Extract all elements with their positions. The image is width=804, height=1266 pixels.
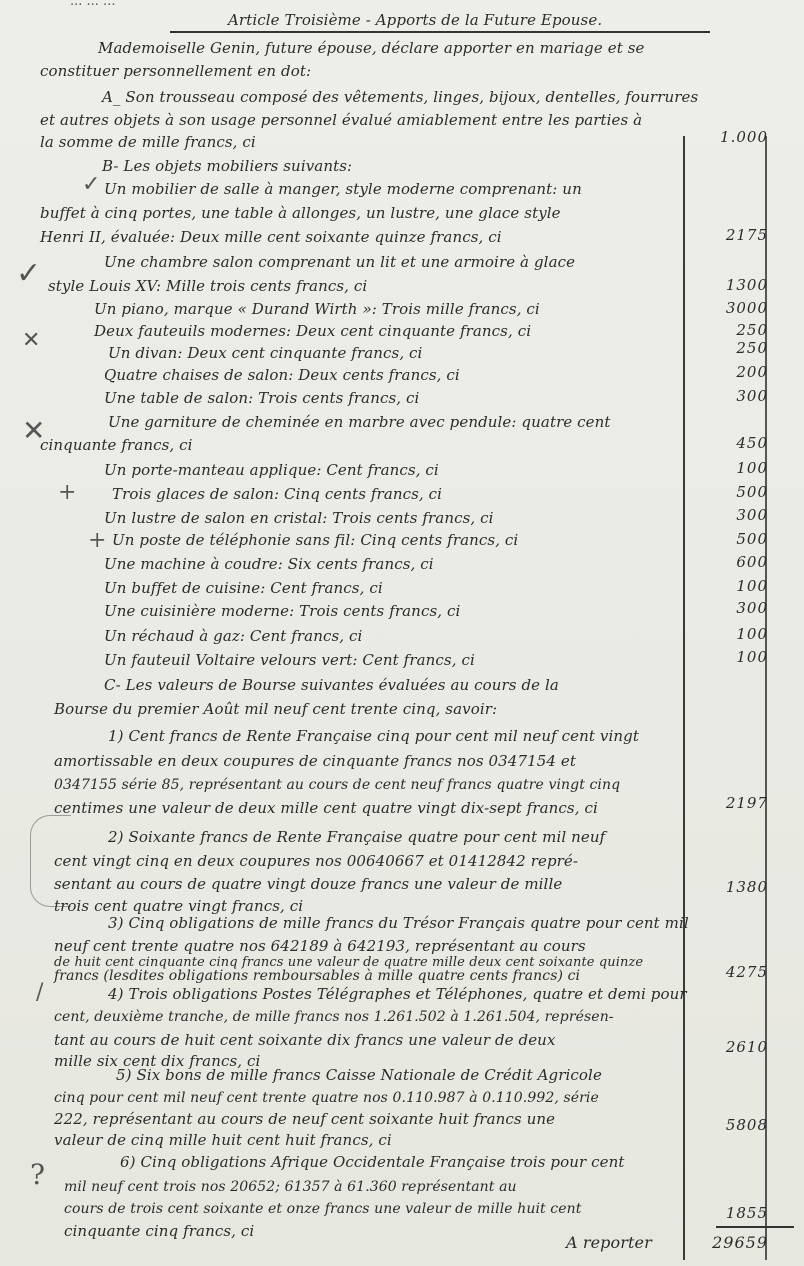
security-line: 5) Six bons de mille francs Caisse Natio… xyxy=(116,1066,602,1084)
item-amount: 100 xyxy=(698,459,768,477)
item-amount: 300 xyxy=(698,387,768,405)
security-line: sentant au cours de quatre vingt douze f… xyxy=(54,875,562,893)
security-line: mil neuf cent trois nos 20652; 61357 à 6… xyxy=(64,1178,517,1196)
security-line: 6) Cinq obligations Afrique Occidentale … xyxy=(120,1153,625,1171)
security-line: 3) Cinq obligations de mille francs du T… xyxy=(108,914,689,932)
item-line: Un fauteuil Voltaire velours vert: Cent … xyxy=(104,651,475,669)
item-line: Deux fauteuils modernes: Deux cent cinqu… xyxy=(94,322,531,340)
item-line: Quatre chaises de salon: Deux cents fran… xyxy=(104,366,460,384)
security-line: 4) Trois obligations Postes Télégraphes … xyxy=(108,985,687,1003)
item-amount: 2175 xyxy=(698,226,768,244)
margin-question-mark-icon: ? xyxy=(30,1158,45,1191)
security-line: trois cent quatre vingt francs, ci xyxy=(54,897,303,915)
intro-line: Mademoiselle Genin, future épouse, décla… xyxy=(98,39,644,57)
item-line: Une table de salon: Trois cents francs, … xyxy=(104,389,419,407)
item-amount: 300 xyxy=(698,599,768,617)
margin-plus-mark-icon: + xyxy=(88,528,106,553)
item-line: Une cuisinière moderne: Trois cents fran… xyxy=(104,602,460,620)
security-line: tant au cours de huit cent soixante dix … xyxy=(54,1031,556,1049)
item-line: Une chambre salon comprenant un lit et u… xyxy=(104,253,575,271)
item-line: Un mobilier de salle à manger, style mod… xyxy=(104,180,582,198)
item-line: buffet à cinq portes, une table à allong… xyxy=(40,204,561,222)
security-line: 2) Soixante francs de Rente Française qu… xyxy=(108,828,605,846)
item-line: Henri II, évaluée: Deux mille cent soixa… xyxy=(40,228,502,246)
carry-forward-label: A reporter xyxy=(566,1234,652,1252)
item-amount: 100 xyxy=(698,625,768,643)
item-line: Un réchaud à gaz: Cent francs, ci xyxy=(104,627,362,645)
section-a-line: et autres objets à son usage personnel é… xyxy=(40,111,642,129)
item-amount: 1300 xyxy=(698,276,768,294)
item-line: Un lustre de salon en cristal: Trois cen… xyxy=(104,509,494,527)
item-amount: 100 xyxy=(698,648,768,666)
item-amount: 450 xyxy=(698,434,768,452)
security-amount: 1380 xyxy=(698,878,768,896)
security-line: 0347155 série 85, représentant au cours … xyxy=(54,776,620,794)
security-line: centimes une valeur de deux mille cent q… xyxy=(54,799,598,817)
item-amount: 3000 xyxy=(698,299,768,317)
section-c-heading: Bourse du premier Août mil neuf cent tre… xyxy=(54,700,497,718)
item-amount: 100 xyxy=(698,577,768,595)
security-amount: 2197 xyxy=(698,794,768,812)
section-c-heading: C- Les valeurs de Bourse suivantes évalu… xyxy=(104,676,559,694)
item-line: Une machine à coudre: Six cents francs, … xyxy=(104,555,434,573)
item-line: style Louis XV: Mille trois cents francs… xyxy=(48,277,367,295)
item-line: Une garniture de cheminée en marbre avec… xyxy=(108,413,611,431)
amount-column-left-rule xyxy=(683,136,685,1260)
item-line: Un divan: Deux cent cinquante francs, ci xyxy=(108,344,422,362)
cutoff-header-text: ... ... ... xyxy=(70,0,115,9)
item-amount: 600 xyxy=(698,553,768,571)
security-line: valeur de cinq mille huit cent huit fran… xyxy=(54,1131,392,1149)
security-line: 1) Cent francs de Rente Française cinq p… xyxy=(108,727,639,745)
security-line: cinq pour cent mil neuf cent trente quat… xyxy=(54,1089,599,1107)
item-amount: 300 xyxy=(698,506,768,524)
security-line: francs (lesdites obligations remboursabl… xyxy=(54,967,580,985)
item-line: Un buffet de cuisine: Cent francs, ci xyxy=(104,579,383,597)
section-a-amount: 1.000 xyxy=(698,128,768,146)
item-line: Un piano, marque « Durand Wirth »: Trois… xyxy=(94,300,540,318)
intro-line: constituer personnellement en dot: xyxy=(40,62,311,80)
carry-forward-total: 29659 xyxy=(698,1234,768,1252)
security-amount: 5808 xyxy=(698,1116,768,1134)
security-line: neuf cent trente quatre nos 642189 à 642… xyxy=(54,937,586,955)
total-rule xyxy=(716,1226,794,1228)
security-line: cours de trois cent soixante et onze fra… xyxy=(64,1200,581,1218)
document-title: Article Troisième - Apports de la Future… xyxy=(228,11,602,29)
item-line: Trois glaces de salon: Cinq cents francs… xyxy=(112,485,442,503)
security-amount: 1855 xyxy=(698,1204,768,1222)
item-amount: 250 xyxy=(698,339,768,357)
item-amount: 250 xyxy=(698,321,768,339)
security-line: cent vingt cinq en deux coupures nos 006… xyxy=(54,852,578,870)
security-line: amortissable en deux coupures de cinquan… xyxy=(54,752,576,770)
item-line: Un porte-manteau applique: Cent francs, … xyxy=(104,461,439,479)
margin-cross-mark-icon: ✕ xyxy=(22,328,40,353)
section-a-line: la somme de mille francs, ci xyxy=(40,133,256,151)
section-a-line: A_ Son trousseau composé des vêtements, … xyxy=(102,88,698,106)
section-b-heading: B- Les objets mobiliers suivants: xyxy=(102,157,352,175)
margin-slash-mark-icon: / xyxy=(36,980,43,1005)
security-line: cinquante cinq francs, ci xyxy=(64,1222,254,1240)
margin-check-mark-icon: ✓ xyxy=(16,256,41,291)
security-amount: 4275 xyxy=(698,963,768,981)
document-page: ... ... ... Article Troisième - Apports … xyxy=(0,0,804,1266)
security-amount: 2610 xyxy=(698,1038,768,1056)
title-underline xyxy=(170,31,710,33)
item-line: cinquante francs, ci xyxy=(40,436,193,454)
item-amount: 500 xyxy=(698,530,768,548)
item-amount: 500 xyxy=(698,483,768,501)
margin-check-mark-icon: ✓ xyxy=(82,172,100,197)
security-line: cent, deuxième tranche, de mille francs … xyxy=(54,1008,614,1026)
item-amount: 200 xyxy=(698,363,768,381)
item-line: Un poste de téléphonie sans fil: Cinq ce… xyxy=(112,531,518,549)
security-line: 222, représentant au cours de neuf cent … xyxy=(54,1110,555,1128)
margin-plus-mark-icon: + xyxy=(58,480,76,505)
